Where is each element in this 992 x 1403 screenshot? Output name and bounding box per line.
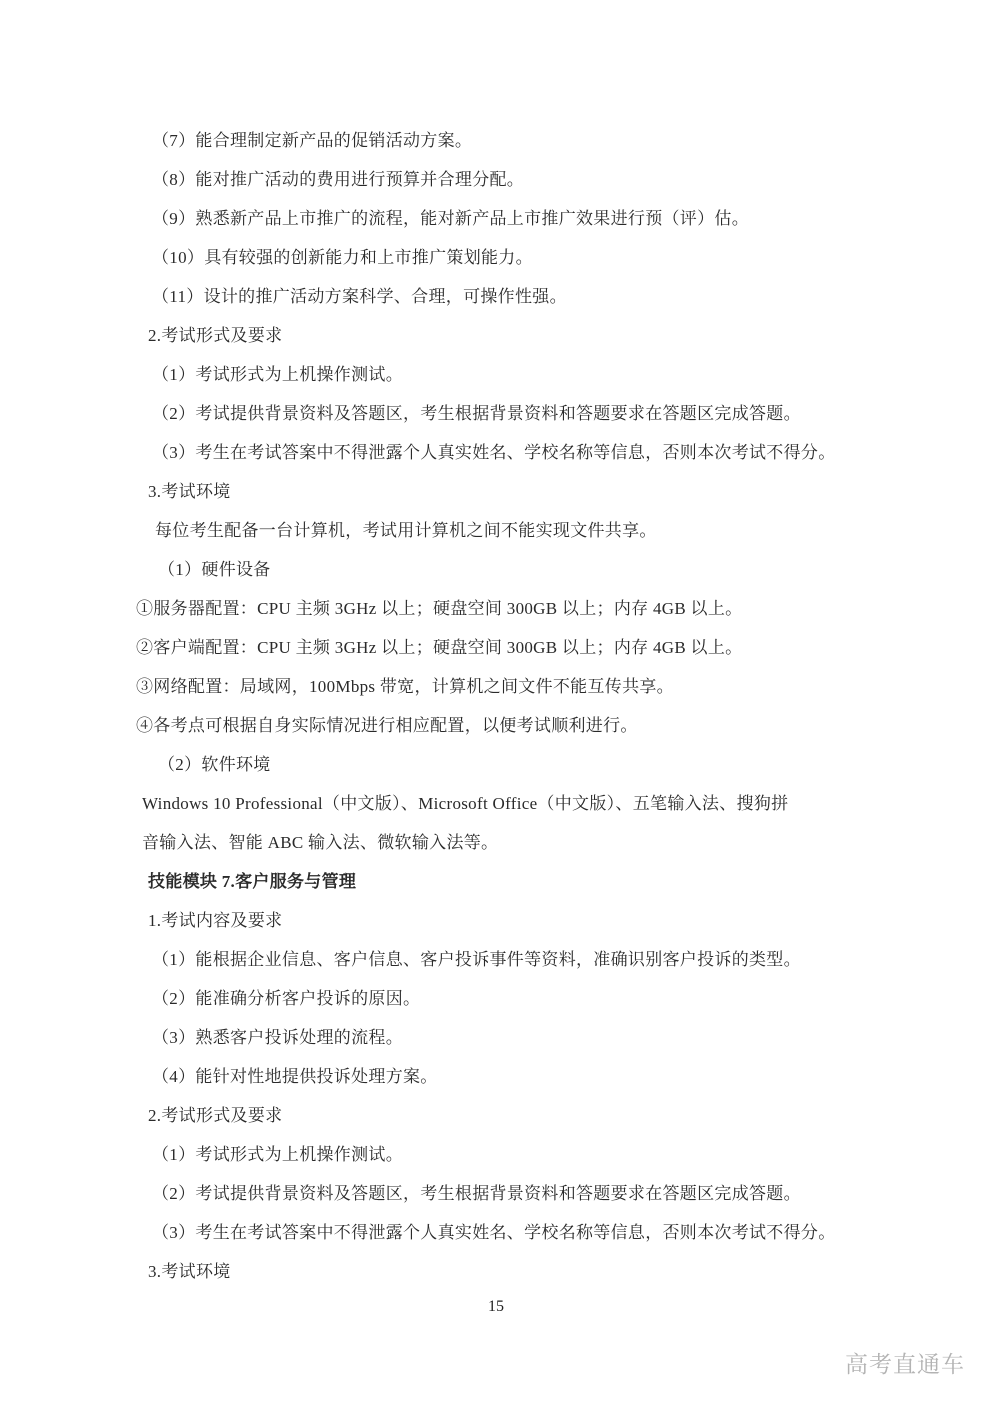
- section-label: 3.考试环境: [136, 472, 932, 511]
- body-text: Windows 10 Professional（中文版）、Microsoft O…: [136, 784, 932, 823]
- list-item: （10）具有较强的创新能力和上市推广策划能力。: [136, 238, 932, 277]
- list-item: （2）考试提供背景资料及答题区，考生根据背景资料和答题要求在答题区完成答题。: [136, 1174, 932, 1213]
- document-page: （7）能合理制定新产品的促销活动方案。 （8）能对推广活动的费用进行预算并合理分…: [0, 0, 992, 1403]
- list-item: （1）考试形式为上机操作测试。: [136, 1135, 932, 1174]
- module-7-heading: 技能模块 7.客户服务与管理: [136, 862, 932, 901]
- list-item: （1）能根据企业信息、客户信息、客户投诉事件等资料，准确识别客户投诉的类型。: [136, 940, 932, 979]
- section-label: 2.考试形式及要求: [136, 1096, 932, 1135]
- section-label: 1.考试内容及要求: [136, 901, 932, 940]
- subsection-label: （1）硬件设备: [136, 550, 932, 589]
- list-item: （11）设计的推广活动方案科学、合理，可操作性强。: [136, 277, 932, 316]
- body-text: 音输入法、智能 ABC 输入法、微软输入法等。: [136, 823, 932, 862]
- list-item: （7）能合理制定新产品的促销活动方案。: [136, 121, 932, 160]
- list-item: ④各考点可根据自身实际情况进行相应配置，以便考试顺利进行。: [136, 706, 932, 745]
- list-item: （2）考试提供背景资料及答题区，考生根据背景资料和答题要求在答题区完成答题。: [136, 394, 932, 433]
- subsection-label: （2）软件环境: [136, 745, 932, 784]
- watermark: 高考直通车: [845, 1346, 965, 1379]
- list-item: ②客户端配置：CPU 主频 3GHz 以上；硬盘空间 300GB 以上；内存 4…: [136, 628, 932, 667]
- document-content: （7）能合理制定新产品的促销活动方案。 （8）能对推广活动的费用进行预算并合理分…: [136, 121, 932, 1291]
- page-number: 15: [0, 1298, 992, 1316]
- list-item: ③网络配置：局域网，100Mbps 带宽，计算机之间文件不能互传共享。: [136, 667, 932, 706]
- list-item: ①服务器配置：CPU 主频 3GHz 以上；硬盘空间 300GB 以上；内存 4…: [136, 589, 932, 628]
- list-item: （3）考生在考试答案中不得泄露个人真实姓名、学校名称等信息，否则本次考试不得分。: [136, 1213, 932, 1252]
- section-label: 2.考试形式及要求: [136, 316, 932, 355]
- list-item: （9）熟悉新产品上市推广的流程，能对新产品上市推广效果进行预（评）估。: [136, 199, 932, 238]
- list-item: （3）考生在考试答案中不得泄露个人真实姓名、学校名称等信息，否则本次考试不得分。: [136, 433, 932, 472]
- list-item: （4）能针对性地提供投诉处理方案。: [136, 1057, 932, 1096]
- list-item: （8）能对推广活动的费用进行预算并合理分配。: [136, 160, 932, 199]
- list-item: （1）考试形式为上机操作测试。: [136, 355, 932, 394]
- list-item: （2）能准确分析客户投诉的原因。: [136, 979, 932, 1018]
- section-label: 3.考试环境: [136, 1252, 932, 1291]
- body-text: 每位考生配备一台计算机，考试用计算机之间不能实现文件共享。: [136, 511, 932, 550]
- list-item: （3）熟悉客户投诉处理的流程。: [136, 1018, 932, 1057]
